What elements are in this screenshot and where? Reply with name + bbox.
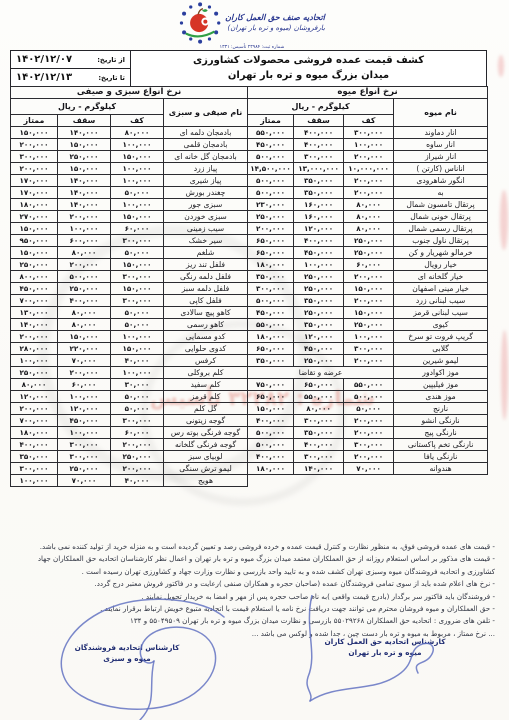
veg-name-cell: سبزی خوردن xyxy=(164,210,248,222)
fruit-premium-cell: ۵۰۰,۰۰۰ xyxy=(248,426,294,438)
fruit-ceiling-cell: ۶۵۰,۰۰۰ xyxy=(294,378,344,390)
fruit-ceiling-cell: ۲۵۰,۰۰۰ xyxy=(294,270,344,282)
veg-ceiling-cell: ۱۵۰,۰۰۰ xyxy=(58,162,111,174)
veg-premium-cell: ۲۰۰,۰۰۰ xyxy=(11,402,58,414)
note-line: - تلفن های ضروری : اتحادیه حق العملکاران… xyxy=(14,615,495,627)
fruit-floor-cell: ۱۰۰,۰۰۰ xyxy=(344,138,394,150)
veg-name-cell: گوجه فرنگی گلخانه xyxy=(164,438,248,450)
veg-ceiling-header: سقف xyxy=(58,114,111,126)
fruit-premium-cell: ۵۰۰,۰۰۰ xyxy=(248,174,294,186)
veg-floor-cell: ۵۰,۰۰۰ xyxy=(111,402,164,414)
fruit-premium-cell: ۵۰۰,۰۰۰ xyxy=(248,438,294,450)
table-row: نارنگی تخم پاکستانی ۳۰۰,۰۰۰ ۴۰۰,۰۰۰ ۵۰۰,… xyxy=(11,438,488,450)
veg-premium-cell: ۳۰۰,۰۰۰ xyxy=(11,150,58,162)
fruit-name-cell: انار ساوه xyxy=(394,138,488,150)
fruit-premium-cell: ۲۳۰,۰۰۰ xyxy=(248,198,294,210)
fruit-floor-cell: ۲۰۰,۰۰۰ xyxy=(344,270,394,282)
fruit-premium-cell: ۱۸۰,۰۰۰ xyxy=(248,330,294,342)
veg-floor-cell: ۳۰,۰۰۰ xyxy=(111,378,164,390)
veg-name-cell: لیمو ترش سنگی xyxy=(164,462,248,474)
fruit-premium-cell: ۴۰۰,۰۰۰ xyxy=(248,450,294,462)
veg-ceiling-cell: ۳۰۰,۰۰۰ xyxy=(58,438,111,450)
fruit-floor-cell: ۵۰,۰۰۰ xyxy=(344,402,394,414)
veg-floor-cell: ۲۰۰,۰۰۰ xyxy=(111,438,164,450)
table-row: پرتقال خونی شمال ۸۰,۰۰۰ ۱۶۰,۰۰۰ ۲۵۰,۰۰۰ … xyxy=(11,210,488,222)
fruit-floor-cell: ۲۵۰,۰۰۰ xyxy=(344,246,394,258)
fruit-ceiling-cell: ۱۴۰,۰۰۰ xyxy=(294,462,344,474)
veg-name-cell: کرفس xyxy=(164,354,248,366)
scan-artifact xyxy=(498,55,504,77)
veg-ceiling-cell: ۱۵۰,۰۰۰ xyxy=(58,138,111,150)
fruit-floor-cell: ۲۵۰,۰۰۰ xyxy=(344,318,394,330)
veg-premium-cell: ۱۵۰,۰۰۰ xyxy=(11,246,58,258)
fruit-name-cell: گریپ فروت تو سرخ xyxy=(394,330,488,342)
date-box: از تاریخ: ۱۴۰۲/۱۲/۰۷ تا تاریخ: ۱۴۰۲/۱۲/۱… xyxy=(11,51,130,86)
fruit-premium-cell: ۳۵۰,۰۰۰ xyxy=(248,270,294,282)
veg-premium-cell: ۱۴۰,۰۰۰ xyxy=(11,318,58,330)
veg-premium-cell: ۴۰۰,۰۰۰ xyxy=(11,438,58,450)
veg-floor-cell: ۵۰,۰۰۰ xyxy=(111,186,164,198)
fruit-name-cell: کیوی xyxy=(394,318,488,330)
fruit-floor-cell: ۲۰۰,۰۰۰ xyxy=(344,354,394,366)
veg-name-cell: بادمجان دلمه ای xyxy=(164,126,248,138)
fruit-ceiling-cell: ۳۰۰,۰۰۰ xyxy=(294,450,344,462)
veg-floor-cell: ۳۰۰,۰۰۰ xyxy=(111,294,164,306)
fruit-name-header: نام میوه xyxy=(394,98,488,126)
fruit-name-cell: به xyxy=(394,186,488,198)
fruit-premium-cell: ۳۵۰,۰۰۰ xyxy=(248,354,294,366)
veg-ceiling-cell: ۲۰۰,۰۰۰ xyxy=(58,258,111,270)
fruit-premium-cell: ۶۵۰,۰۰۰ xyxy=(248,246,294,258)
fruit-premium-cell: ۱۵۰,۰۰۰ xyxy=(248,402,294,414)
veg-ceiling-cell: ۱۴۰,۰۰۰ xyxy=(58,126,111,138)
union-name-line1: اتحادیه صنف حق العمل کاران xyxy=(225,13,325,24)
veg-premium-cell: ۸۰۰,۰۰۰ xyxy=(11,270,58,282)
veg-name-cell: کدو مسمایی xyxy=(164,330,248,342)
fruit-ceiling-cell: ۳۰۰,۰۰۰ xyxy=(294,414,344,426)
veg-ceiling-cell: ۸۰,۰۰۰ xyxy=(58,306,111,318)
veg-ceiling-cell: ۷۰,۰۰۰ xyxy=(58,354,111,366)
document-page: شماره : ۳۲۲۸۲ تأسیس اتحادیه صنف xyxy=(0,0,509,720)
veg-premium-cell: ۱۳۰,۰۰۰ xyxy=(11,306,58,318)
fruit-name-cell: موز هندی xyxy=(394,390,488,402)
fruit-name-cell: نارنگی انشو xyxy=(394,414,488,426)
fruit-name-cell: سیب لبنانی قرمز xyxy=(394,306,488,318)
veg-name-cell: فلفل دلمه رنگی xyxy=(164,270,248,282)
veg-premium-cell: ۳۰۰,۰۰۰ xyxy=(11,462,58,474)
table-row: هویج ۴۰,۰۰۰ ۷۰,۰۰۰ ۱۰۰,۰۰۰ xyxy=(11,474,488,486)
veg-ceiling-cell: ۱۴۰,۰۰۰ xyxy=(58,174,111,186)
fruit-premium-cell: ۱۸۰,۰۰۰ xyxy=(248,462,294,474)
price-table: نرخ انواع میوه نرخ انواع سبزی و صیفی نام… xyxy=(10,86,488,487)
date-to-label: تا تاریخ: xyxy=(98,74,125,82)
table-row: موز هندی ۵۰۰,۰۰۰ ۵۵۰,۰۰۰ ۶۵۰,۰۰۰ کلم قرم… xyxy=(11,390,488,402)
veg-floor-cell: ۴۰,۰۰۰ xyxy=(111,354,164,366)
sheet-header: کشف قیمت عمده فروشی محصولات کشاورزی میدا… xyxy=(10,50,487,87)
veg-premium-cell: ۱۸۰,۰۰۰ xyxy=(11,198,58,210)
fruit-premium-cell: ۵۰۰,۰۰۰ xyxy=(248,186,294,198)
veg-name-cell: سیب زمینی xyxy=(164,222,248,234)
footer-notes: - قیمت های عمده فروشی فوق، به منظور نظار… xyxy=(14,541,495,640)
veg-premium-cell: ۱۸۰,۰۰۰ xyxy=(11,426,58,438)
veg-floor-cell: ۱۵۰,۰۰۰ xyxy=(111,342,164,354)
fruit-name-cell: نارنگی یافا xyxy=(394,450,488,462)
table-row: نارنگی پیج ۲۰۰,۰۰۰ ۳۵۰,۰۰۰ ۵۰۰,۰۰۰ گوجه … xyxy=(11,426,488,438)
veg-floor-cell: ۱۰۰,۰۰۰ xyxy=(111,138,164,150)
fruit-floor-cell: ۲۰۰,۰۰۰ xyxy=(344,150,394,162)
fruit-name-cell: موز فیلیپین xyxy=(394,378,488,390)
veg-name-cell: کاهو رسمی xyxy=(164,318,248,330)
fruit-ceiling-cell: ۴۰۰,۰۰۰ xyxy=(294,438,344,450)
veg-name-cell: بادمجان گل خانه ای xyxy=(164,150,248,162)
veg-floor-cell: ۵۰,۰۰۰ xyxy=(111,318,164,330)
veg-floor-cell: ۱۵۰,۰۰۰ xyxy=(111,150,164,162)
fruit-floor-cell: ۲۵۰,۰۰۰ xyxy=(344,234,394,246)
fruit-ceiling-cell: ۳۰۰,۰۰۰ xyxy=(294,150,344,162)
table-row: سیب لبنانی زرد ۲۰۰,۰۰۰ ۳۵۰,۰۰۰ ۵۰۰,۰۰۰ ف… xyxy=(11,294,488,306)
fruit-floor-cell: ۲۰۰,۰۰۰ xyxy=(344,414,394,426)
table-row: نارنگی انشو ۲۰۰,۰۰۰ ۳۰۰,۰۰۰ ۴۰۰,۰۰۰ گوجه… xyxy=(11,414,488,426)
veg-floor-cell: ۱۵۰,۰۰۰ xyxy=(111,282,164,294)
veg-floor-cell: ۱۵۰,۰۰۰ xyxy=(111,258,164,270)
veg-ceiling-cell: ۲۰۰,۰۰۰ xyxy=(58,210,111,222)
fruit-name-cell: خیار مینی اصفهان xyxy=(394,282,488,294)
signature-right-line2: میوه و تره بار تهران xyxy=(318,648,452,659)
fruit-ceiling-cell: ۲۵۰,۰۰۰ xyxy=(294,306,344,318)
fruit-ceiling-cell: ۳۵۰,۰۰۰ xyxy=(294,174,344,186)
table-row: لیمو شیرین ۲۰۰,۰۰۰ ۲۵۰,۰۰۰ ۳۵۰,۰۰۰ کرفس … xyxy=(11,354,488,366)
fruit-floor-cell: ۳۰۰,۰۰۰ xyxy=(344,438,394,450)
veg-name-cell: گوجه زیتونی xyxy=(164,414,248,426)
fruit-floor-cell: ۱۵۰,۰۰۰ xyxy=(344,282,394,294)
table-row: هندوانه ۷۰,۰۰۰ ۱۴۰,۰۰۰ ۱۸۰,۰۰۰ لیمو ترش … xyxy=(11,462,488,474)
fruit-name-cell: پرتقال ناول جنوب xyxy=(394,234,488,246)
veg-ceiling-cell: ۱۴۰,۰۰۰ xyxy=(58,186,111,198)
veg-ceiling-cell: ۱۲۰,۰۰۰ xyxy=(58,402,111,414)
fruit-name-cell: نارنگی پیج xyxy=(394,426,488,438)
scan-artifact xyxy=(500,190,508,250)
veg-name-cell: کلم قرمز xyxy=(164,390,248,402)
veg-premium-cell: ۱۵۰,۰۰۰ xyxy=(11,126,58,138)
date-from-label: از تاریخ: xyxy=(97,56,125,64)
fruit-floor-cell: ۸۰,۰۰۰ xyxy=(344,222,394,234)
veg-ceiling-cell: ۲۵۰,۰۰۰ xyxy=(58,150,111,162)
veg-name-cell: کلم سفید xyxy=(164,378,248,390)
table-row: کیوی ۲۵۰,۰۰۰ ۳۵۰,۰۰۰ ۵۵۰,۰۰۰ کاهو رسمی ۵… xyxy=(11,318,488,330)
fruit-ceiling-cell: ۱۲۰,۰۰۰ xyxy=(294,330,344,342)
note-line: - قیمت های عمده فروشی فوق، به منظور نظار… xyxy=(14,541,495,553)
veg-name-cell: سبزی جور xyxy=(164,198,248,210)
veg-name-header: نام صیفی و سبزی xyxy=(164,98,248,126)
signature-right-line1: کارشناس اتحادیه حق العمل کاران xyxy=(318,637,452,648)
veg-ceiling-cell: ۶۰,۰۰۰ xyxy=(58,378,111,390)
veg-premium-header: ممتاز xyxy=(11,114,58,126)
veg-floor-cell: ۴۰,۰۰۰ xyxy=(111,474,164,486)
fruit-premium-cell: ۲۰۰,۰۰۰ xyxy=(248,222,294,234)
fruit-name-cell: خرمالو شهریار و کن xyxy=(394,246,488,258)
veg-name-cell: کلم بروکلی xyxy=(164,366,248,378)
veg-floor-cell: ۵۰,۰۰۰ xyxy=(111,246,164,258)
veg-floor-cell: ۸۰,۰۰۰ xyxy=(111,126,164,138)
fruit-premium-cell: ۲۵۰,۰۰۰ xyxy=(248,210,294,222)
table-row: پرتقال تامسون شمال ۸۰,۰۰۰ ۱۶۰,۰۰۰ ۲۳۰,۰۰… xyxy=(11,198,488,210)
veg-premium-cell: ۲۵۰,۰۰۰ xyxy=(11,366,58,378)
fruit-floor-cell: ۸۰,۰۰۰ xyxy=(344,198,394,210)
veg-floor-cell: ۲۵۰,۰۰۰ xyxy=(111,450,164,462)
fruit-name-cell: خیار گلخانه ای xyxy=(394,270,488,282)
fruit-premium-cell: ۴۰۰,۰۰۰ xyxy=(248,414,294,426)
fruit-ceiling-cell: ۱۰۰,۰۰۰ xyxy=(294,258,344,270)
fruit-section-header: نرخ انواع میوه xyxy=(248,86,488,98)
fruit-ceiling-cell: ۱۶۰,۰۰۰ xyxy=(294,198,344,210)
date-to-row: تا تاریخ: ۱۴۰۲/۱۲/۱۳ xyxy=(11,68,130,86)
veg-premium-cell: ۴۵۰,۰۰۰ xyxy=(11,282,58,294)
fruit-floor-cell: ۳۰۰,۰۰۰ xyxy=(344,126,394,138)
sheet-title-line2: میدان بزرگ میوه و تره بار تهران xyxy=(228,69,389,84)
fruit-name-cell: پرتقال تامسون شمال xyxy=(394,198,488,210)
veg-floor-header: کف xyxy=(111,114,164,126)
fruit-name-cell: نارنج xyxy=(394,402,488,414)
fruit-premium-cell: ۵۰۰,۰۰۰ xyxy=(248,294,294,306)
fruit-name-cell: پرتقال خونی شمال xyxy=(394,210,488,222)
price-sheet: کشف قیمت عمده فروشی محصولات کشاورزی میدا… xyxy=(10,50,487,487)
fruit-floor-cell: ۲۰۰,۰۰۰ xyxy=(344,450,394,462)
veg-name-cell: کدوی حلوایی xyxy=(164,342,248,354)
union-name-line2: بارفروشان (میوه و تره بار تهران) xyxy=(225,24,325,33)
veg-name-cell: هویج xyxy=(164,474,248,486)
veg-floor-cell: ۵۰,۰۰۰ xyxy=(111,306,164,318)
fruit-premium-cell: ۶۵۰,۰۰۰ xyxy=(248,234,294,246)
date-from-value: ۱۴۰۲/۱۲/۰۷ xyxy=(16,54,72,65)
veg-name-cell: فلفل تند ریز xyxy=(164,258,248,270)
fruit-premium-cell: ۶۵۰,۰۰۰ xyxy=(248,390,294,402)
fruit-ceiling-cell: ۱۶۰,۰۰۰ xyxy=(294,210,344,222)
fruit-name-cell xyxy=(394,474,488,486)
veg-floor-cell: ۵۰,۰۰۰ xyxy=(111,390,164,402)
fruit-ceiling-cell: ۳۵۰,۰۰۰ xyxy=(294,186,344,198)
union-name: اتحادیه صنف حق العمل کاران بارفروشان (می… xyxy=(225,13,325,33)
fruit-ceiling-cell: ۲۵۰,۰۰۰ xyxy=(294,282,344,294)
union-logo: اتحادیه صنف حق العمل کاران بارفروشان (می… xyxy=(179,2,325,50)
table-row: خرمالو شهریار و کن ۲۵۰,۰۰۰ ۴۵۰,۰۰۰ ۶۵۰,۰… xyxy=(11,246,488,258)
table-row: نارنگی یافا ۲۰۰,۰۰۰ ۳۰۰,۰۰۰ ۴۰۰,۰۰۰ لوبی… xyxy=(11,450,488,462)
note-line: - حق العملکاران و میوه فروشان محترم می ت… xyxy=(14,603,495,615)
fruit-name-cell: گلابی xyxy=(394,342,488,354)
fruit-name-cell: سیب لبنانی زرد xyxy=(394,294,488,306)
note-line: - نرخ های اعلام شده باید از سوی تمامی فر… xyxy=(14,578,495,590)
fruit-ceiling-cell: ۳۵۰,۰۰۰ xyxy=(294,318,344,330)
veg-ceiling-cell: ۲۲۰,۰۰۰ xyxy=(58,342,111,354)
veg-premium-cell: ۱۵۰,۰۰۰ xyxy=(11,222,58,234)
veg-name-cell: گل کلم xyxy=(164,402,248,414)
table-row: موز فیلیپین ۵۵۰,۰۰۰ ۶۵۰,۰۰۰ ۷۵۰,۰۰۰ کلم … xyxy=(11,378,488,390)
veg-ceiling-cell: ۶۰۰,۰۰۰ xyxy=(58,234,111,246)
veg-floor-cell: ۳۰۰,۰۰۰ xyxy=(111,234,164,246)
veg-premium-cell: ۲۰۰,۰۰۰ xyxy=(11,330,58,342)
fruit-name-cell: خیار رویال xyxy=(394,258,488,270)
fruit-floor-cell: ۲۰۰,۰۰۰ xyxy=(344,186,394,198)
fruit-name-cell: پرتقال رسمی شمال xyxy=(394,222,488,234)
fruit-floor-cell: ۳۰۰,۰۰۰ xyxy=(344,342,394,354)
fruit-ceiling-cell: ۲۵۰,۰۰۰ xyxy=(294,354,344,366)
veg-premium-cell: ۱۷۰,۰۰۰ xyxy=(11,186,58,198)
veg-name-cell: پیاز زرد xyxy=(164,162,248,174)
veg-ceiling-cell: ۱۰۰,۰۰۰ xyxy=(58,222,111,234)
signature-left-line1: کارشناس اتحادیه فروشندگان xyxy=(64,643,190,654)
fruit-ceiling-cell: ۱۲۰,۰۰۰ xyxy=(294,222,344,234)
veg-name-cell: سیر خشک xyxy=(164,234,248,246)
fruit-ceiling-cell: ۵۵۰,۰۰۰ xyxy=(294,390,344,402)
fruit-premium-cell: ۴۵۰,۰۰۰ xyxy=(248,306,294,318)
fruit-floor-cell: ۸۰,۰۰۰ xyxy=(344,210,394,222)
veg-floor-cell: ۱۰۰,۰۰۰ xyxy=(111,330,164,342)
fruit-ceiling-cell: ۴۰۰,۰۰۰ xyxy=(294,234,344,246)
veg-floor-cell: ۱۰۰,۰۰۰ xyxy=(111,174,164,186)
fruit-name-cell: انار دماوند xyxy=(394,126,488,138)
fruit-name-cell: موز اکوادور xyxy=(394,366,488,378)
veg-premium-cell: ۲۰۰,۰۰۰ xyxy=(11,162,58,174)
fruit-unit-header: کیلوگرم - ریال xyxy=(248,98,394,114)
fruit-premium-cell: ۶۵۰,۰۰۰ xyxy=(248,342,294,354)
fruit-floor-cell: ۷۰,۰۰۰ xyxy=(344,462,394,474)
veg-ceiling-cell: ۸۰,۰۰۰ xyxy=(58,318,111,330)
signature-left-line2: میوه و سبزی xyxy=(64,654,190,665)
fruit-premium-cell: ۵۵۰,۰۰۰ xyxy=(248,318,294,330)
note-line: - فروشندگان باید فاکتور سر برگدار (بادرج… xyxy=(14,591,495,603)
fruit-name-cell: اناناس (کارتن ) xyxy=(394,162,488,174)
fruit-floor-cell: ۱۰,۰۰۰,۰۰۰ xyxy=(344,162,394,174)
veg-floor-cell: ۲۰۰,۰۰۰ xyxy=(111,462,164,474)
table-row: سیب لبنانی قرمز ۱۵۰,۰۰۰ ۲۵۰,۰۰۰ ۴۵۰,۰۰۰ … xyxy=(11,306,488,318)
veg-floor-cell: ۳۰۰,۰۰۰ xyxy=(111,414,164,426)
table-row: انار شیراز ۲۰۰,۰۰۰ ۳۰۰,۰۰۰ ۵۰۰,۰۰۰ بادمج… xyxy=(11,150,488,162)
table-row: به ۲۰۰,۰۰۰ ۳۵۰,۰۰۰ ۵۰۰,۰۰۰ چغندر بورش ۵۰… xyxy=(11,186,488,198)
veg-ceiling-cell: ۵۰۰,۰۰۰ xyxy=(58,270,111,282)
fruit-ceiling-cell: ۱۳,۰۰۰,۰۰۰ xyxy=(294,162,344,174)
veg-premium-cell: ۸۰,۰۰۰ xyxy=(11,378,58,390)
veg-unit-header: کیلوگرم - ریال xyxy=(11,98,164,114)
veg-name-cell: چغندر بورش xyxy=(164,186,248,198)
fruit-name-cell: نارنگی تخم پاکستانی xyxy=(394,438,488,450)
fruit-floor-header: کف xyxy=(344,114,394,126)
fruit-ceiling-header: سقف xyxy=(294,114,344,126)
veg-name-cell: پیاز شیری xyxy=(164,174,248,186)
fruit-ceiling-cell: ۴۵۰,۰۰۰ xyxy=(294,246,344,258)
table-row: انگور شاهرودی ۲۰۰,۰۰۰ ۳۵۰,۰۰۰ ۵۰۰,۰۰۰ پی… xyxy=(11,174,488,186)
veg-section-header: نرخ انواع سبزی و صیفی xyxy=(11,86,248,98)
fruit-ceiling-cell xyxy=(294,474,344,486)
fruit-premium-cell xyxy=(248,474,294,486)
veg-name-cell: گوجه فرنگی بوته رس xyxy=(164,426,248,438)
table-row: نارنج ۵۰,۰۰۰ ۸۰,۰۰۰ ۱۵۰,۰۰۰ گل کلم ۵۰,۰۰… xyxy=(11,402,488,414)
table-row: گلابی ۳۰۰,۰۰۰ ۴۵۰,۰۰۰ ۶۵۰,۰۰۰ کدوی حلوای… xyxy=(11,342,488,354)
fruit-premium-cell: ۱۴,۵۰۰,۰۰۰ xyxy=(248,162,294,174)
union-emblem-icon xyxy=(179,2,221,44)
fruit-premium-cell: ۵۵۰,۰۰۰ xyxy=(248,126,294,138)
table-row: موز اکوادور عرضه و تقاضا کلم بروکلی ۱۰۰,… xyxy=(11,366,488,378)
veg-ceiling-cell: ۲۵۰,۰۰۰ xyxy=(58,462,111,474)
fruit-ceiling-cell: ۳۵۰,۰۰۰ xyxy=(294,426,344,438)
sheet-title-line1: کشف قیمت عمده فروشی محصولات کشاورزی xyxy=(193,54,424,69)
fruit-premium-header: ممتاز xyxy=(248,114,294,126)
veg-floor-cell: ۱۰۰,۰۰۰ xyxy=(111,162,164,174)
veg-name-cell: لوبیای سبز xyxy=(164,450,248,462)
veg-floor-cell: ۳۰۰,۰۰۰ xyxy=(111,270,164,282)
veg-premium-cell: ۲۵۰,۰۰۰ xyxy=(11,258,58,270)
fruit-premium-cell: ۱۸۰,۰۰۰ xyxy=(248,258,294,270)
veg-premium-cell: ۱۷۰,۰۰۰ xyxy=(11,174,58,186)
table-row: خیار مینی اصفهان ۱۵۰,۰۰۰ ۲۵۰,۰۰۰ ۳۰۰,۰۰۰… xyxy=(11,282,488,294)
veg-name-cell: کاهو پیچ سالادی xyxy=(164,306,248,318)
sheet-title: کشف قیمت عمده فروشی محصولات کشاورزی میدا… xyxy=(130,51,486,86)
veg-premium-cell: ۱۰۰,۰۰۰ xyxy=(11,474,58,486)
scan-artifact xyxy=(501,330,508,420)
veg-premium-cell: ۳۵۰,۰۰۰ xyxy=(11,450,58,462)
veg-name-cell: شلغم xyxy=(164,246,248,258)
fruit-ceiling-cell: ۴۵۰,۰۰۰ xyxy=(294,342,344,354)
table-row: پرتقال رسمی شمال ۸۰,۰۰۰ ۱۲۰,۰۰۰ ۲۰۰,۰۰۰ … xyxy=(11,222,488,234)
fruit-floor-cell: ۱۵۰,۰۰۰ xyxy=(344,306,394,318)
table-row: پرتقال ناول جنوب ۲۵۰,۰۰۰ ۴۰۰,۰۰۰ ۶۵۰,۰۰۰… xyxy=(11,234,488,246)
table-row: انار ساوه ۱۰۰,۰۰۰ ۴۰۰,۰۰۰ ۴۵۰,۰۰۰ بادمجا… xyxy=(11,138,488,150)
veg-floor-cell: ۶۰,۰۰۰ xyxy=(111,426,164,438)
veg-ceiling-cell: ۴۰۰,۰۰۰ xyxy=(58,294,111,306)
fruit-name-cell: انگور شاهرودی xyxy=(394,174,488,186)
fruit-floor-cell xyxy=(344,474,394,486)
fruit-floor-cell: عرضه و تقاضا xyxy=(248,366,394,378)
veg-premium-cell: ۹۵۰,۰۰۰ xyxy=(11,234,58,246)
fruit-ceiling-cell: ۸۰,۰۰۰ xyxy=(294,402,344,414)
fruit-ceiling-cell: ۴۰۰,۰۰۰ xyxy=(294,138,344,150)
date-to-value: ۱۴۰۲/۱۲/۱۳ xyxy=(16,72,72,83)
veg-floor-cell: ۱۰۰,۰۰۰ xyxy=(111,366,164,378)
veg-ceiling-cell: ۲۰۰,۰۰۰ xyxy=(58,366,111,378)
table-row: خیار رویال ۶۰,۰۰۰ ۱۰۰,۰۰۰ ۱۸۰,۰۰۰ فلفل ت… xyxy=(11,258,488,270)
veg-premium-cell: ۲۰۰,۰۰۰ xyxy=(11,138,58,150)
fruit-premium-cell: ۷۵۰,۰۰۰ xyxy=(248,378,294,390)
veg-ceiling-cell: ۱۴۰,۰۰۰ xyxy=(58,198,111,210)
signature-left-label: کارشناس اتحادیه فروشندگان میوه و سبزی xyxy=(64,643,190,665)
veg-ceiling-cell: ۱۵۰,۰۰۰ xyxy=(58,330,111,342)
veg-premium-cell: ۲۷۰,۰۰۰ xyxy=(11,210,58,222)
veg-ceiling-cell: ۱۰۰,۰۰۰ xyxy=(58,390,111,402)
fruit-name-cell: لیمو شیرین xyxy=(394,354,488,366)
fruit-floor-cell: ۵۵۰,۰۰۰ xyxy=(344,378,394,390)
fruit-ceiling-cell: ۴۰۰,۰۰۰ xyxy=(294,126,344,138)
veg-premium-cell: ۱۰۰,۰۰۰ xyxy=(11,354,58,366)
table-row: خیار گلخانه ای ۲۰۰,۰۰۰ ۲۵۰,۰۰۰ ۳۵۰,۰۰۰ ف… xyxy=(11,270,488,282)
fruit-floor-cell: ۱۰۰,۰۰۰ xyxy=(344,330,394,342)
table-row: انار دماوند ۳۰۰,۰۰۰ ۴۰۰,۰۰۰ ۵۵۰,۰۰۰ بادم… xyxy=(11,126,488,138)
fruit-floor-cell: ۲۰۰,۰۰۰ xyxy=(344,294,394,306)
veg-floor-cell: ۱۵۰,۰۰۰ xyxy=(111,210,164,222)
fruit-premium-cell: ۳۰۰,۰۰۰ xyxy=(248,282,294,294)
fruit-ceiling-cell: ۳۵۰,۰۰۰ xyxy=(294,294,344,306)
veg-floor-cell: ۱۰۰,۰۰۰ xyxy=(111,198,164,210)
veg-floor-cell: ۶۰,۰۰۰ xyxy=(111,222,164,234)
veg-name-cell: فلفل دلمه سبز xyxy=(164,282,248,294)
signature-right-label: کارشناس اتحادیه حق العمل کاران میوه و تر… xyxy=(318,637,452,659)
veg-ceiling-cell: ۲۵۰,۰۰۰ xyxy=(58,282,111,294)
fruit-floor-cell: ۲۰۰,۰۰۰ xyxy=(344,174,394,186)
fruit-premium-cell: ۵۰۰,۰۰۰ xyxy=(248,150,294,162)
fruit-premium-cell: ۴۵۰,۰۰۰ xyxy=(248,138,294,150)
veg-name-cell: فلفل کاپی xyxy=(164,294,248,306)
veg-ceiling-cell: ۷۰,۰۰۰ xyxy=(58,474,111,486)
fruit-name-cell: انار شیراز xyxy=(394,150,488,162)
fruit-name-cell: هندوانه xyxy=(394,462,488,474)
veg-premium-cell: ۷۰۰,۰۰۰ xyxy=(11,294,58,306)
